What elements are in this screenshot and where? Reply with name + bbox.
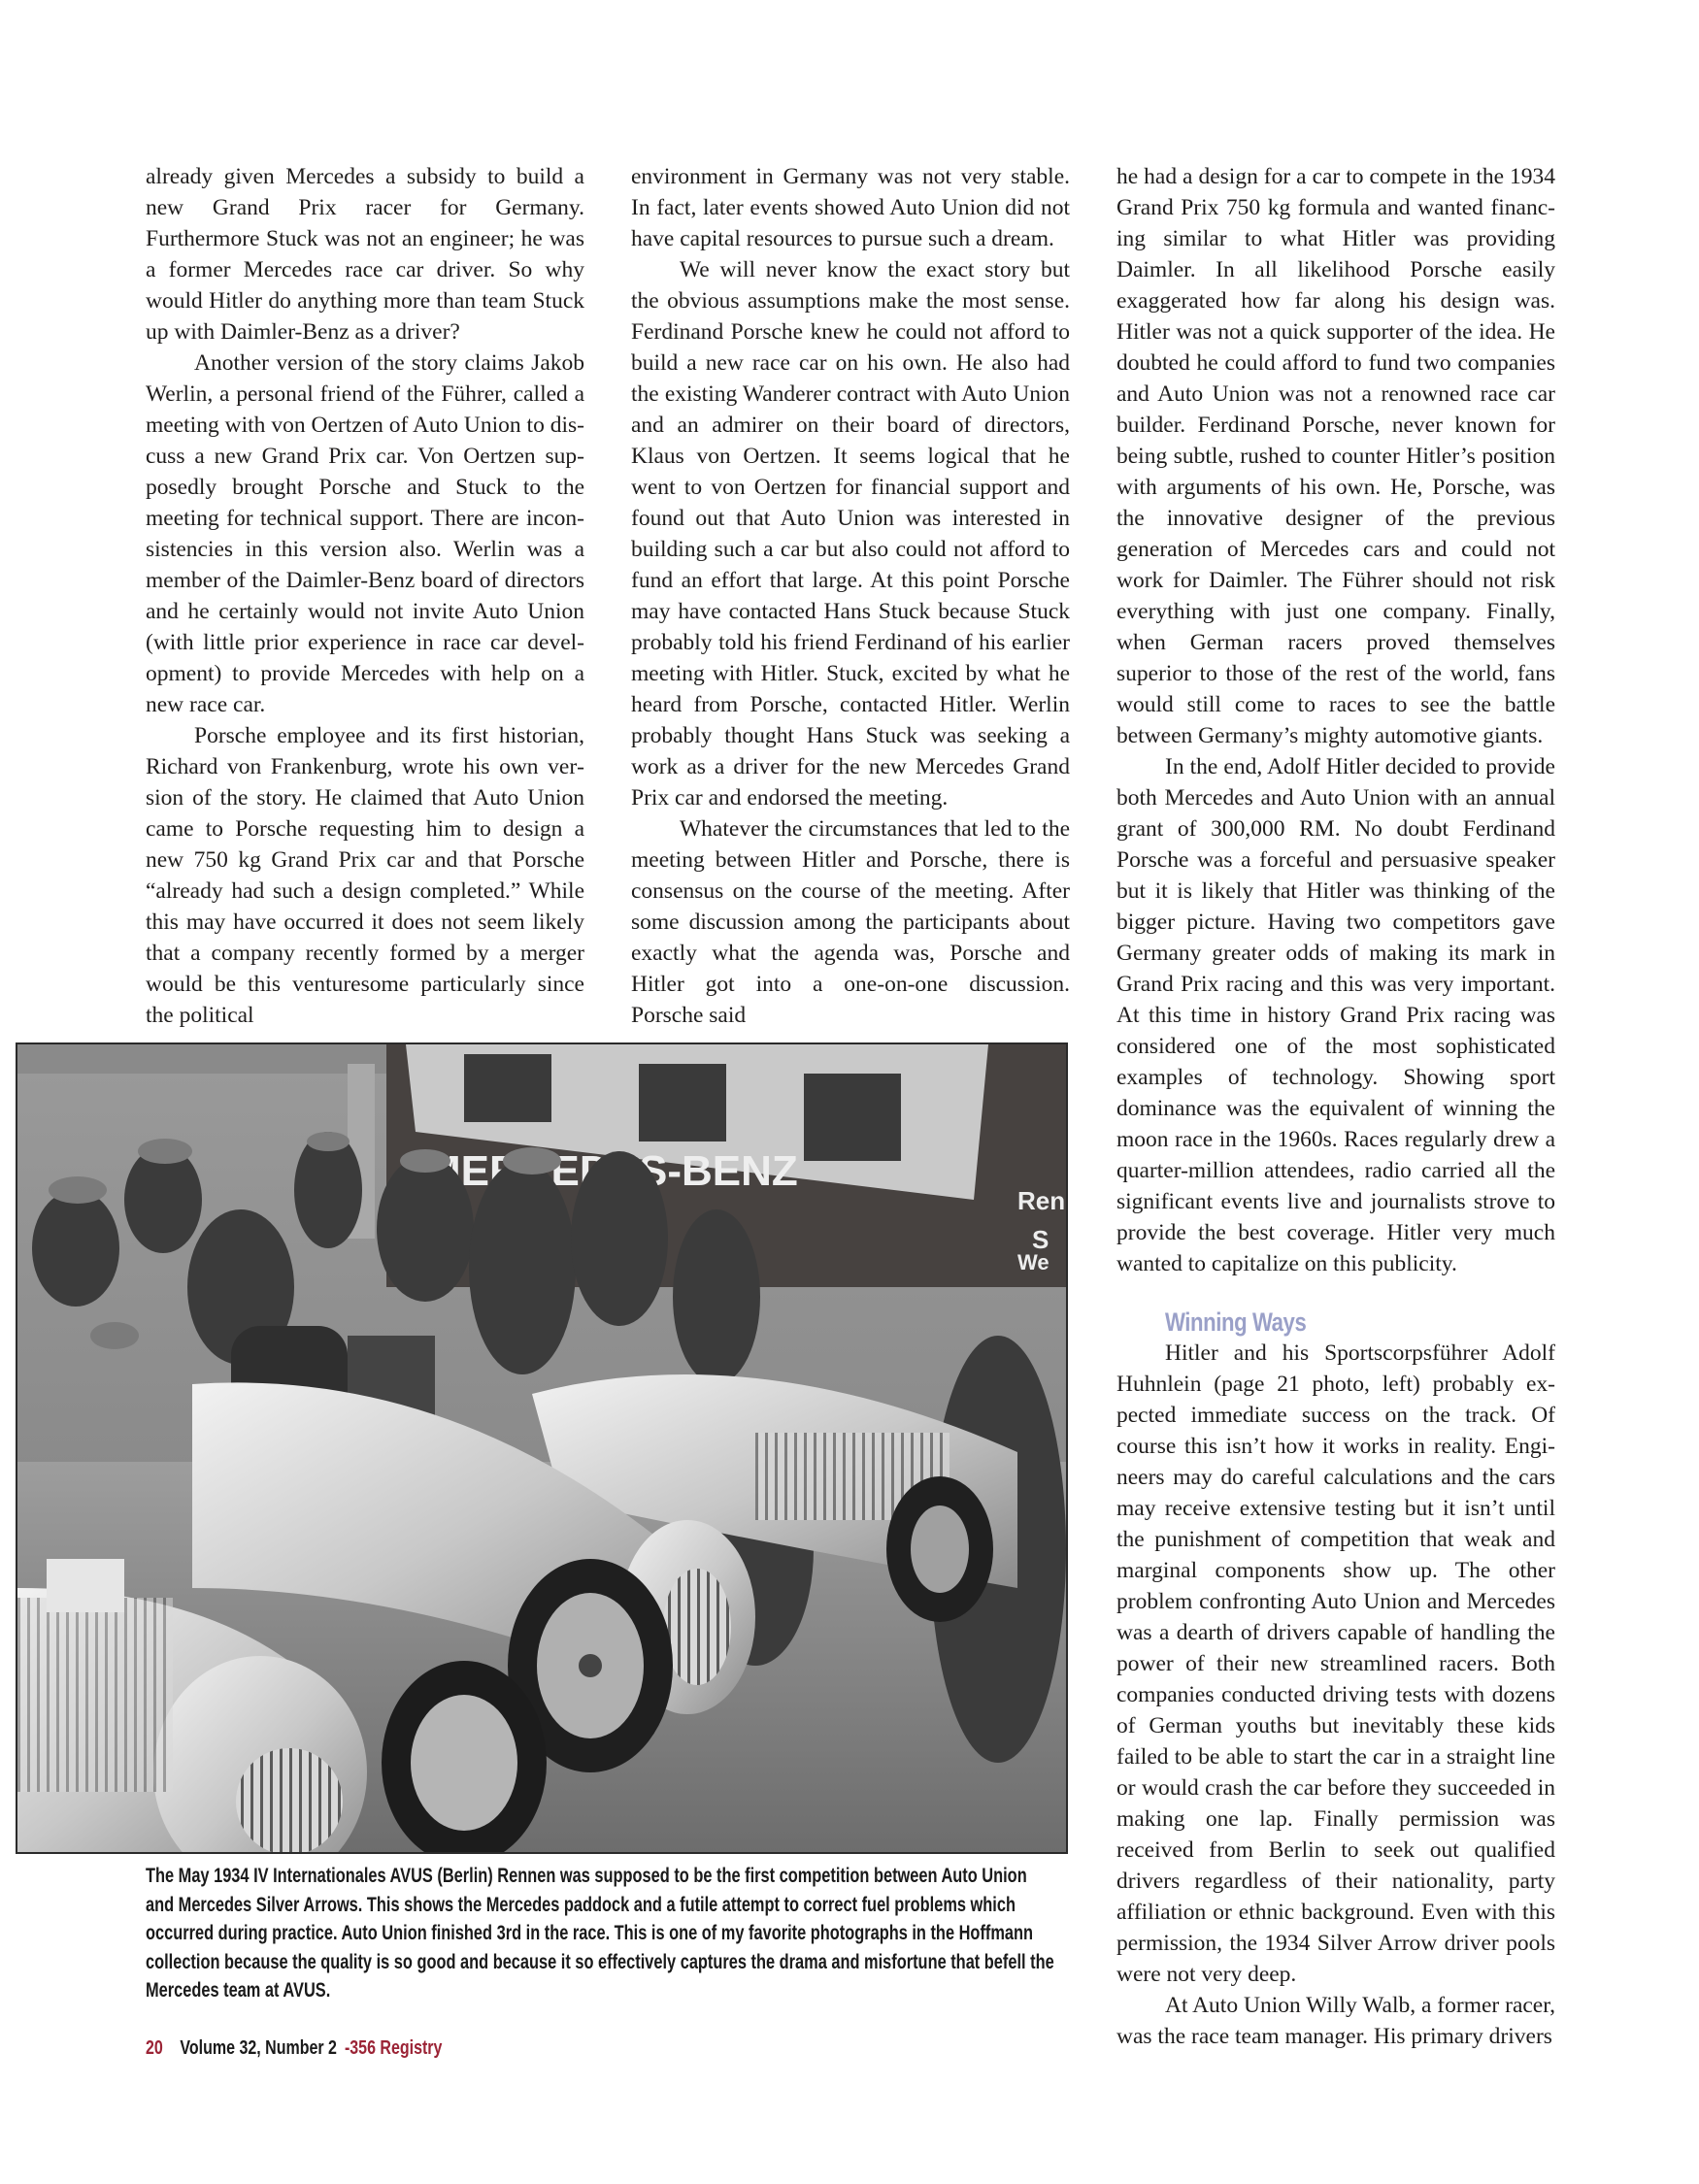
photo-caption: The May 1934 IV Internationales AVUS (Be… <box>146 1862 1058 2005</box>
paragraph: Porsche employee and its first historian… <box>146 720 584 1031</box>
page-number: 20 <box>146 2037 163 2059</box>
paragraph: environment in Germany was not very stab… <box>631 161 1070 254</box>
section-heading: Winning Ways <box>1165 1307 1485 1338</box>
page-footer: 20Volume 32, Number 2-356 Registry <box>146 2036 442 2060</box>
paragraph: already given Mercedes a subsidy to buil… <box>146 161 584 347</box>
svg-text:Ren: Ren <box>1017 1186 1065 1215</box>
paragraph: In the end, Adolf Hitler decided to prov… <box>1116 751 1555 1279</box>
photo-illustration: MERCEDES-BENZ Ren S We <box>17 1044 1066 1852</box>
paragraph: At Auto Union Willy Walb, a former racer… <box>1116 1990 1555 2052</box>
volume-info: Volume 32, Number 2 <box>180 2037 337 2059</box>
article-column-3: he had a design for a car to compete in … <box>1116 161 1555 2052</box>
paragraph: We will never know the exact story but t… <box>631 254 1070 813</box>
paragraph: Whatever the circumstances that led to t… <box>631 813 1070 1031</box>
paragraph: Another version of the story claims Jako… <box>146 347 584 720</box>
publication-name: -356 Registry <box>345 2037 443 2059</box>
paragraph: Hitler and his Sportscorpsführer Adolf H… <box>1116 1338 1555 1990</box>
article-column-1: already given Mercedes a subsidy to buil… <box>146 161 584 1031</box>
paddock-photo: MERCEDES-BENZ Ren S We <box>16 1042 1068 1854</box>
paragraph: he had a design for a car to compete in … <box>1116 161 1555 751</box>
svg-text:We: We <box>1017 1250 1049 1274</box>
article-column-2: environment in Germany was not very stab… <box>631 161 1070 1031</box>
